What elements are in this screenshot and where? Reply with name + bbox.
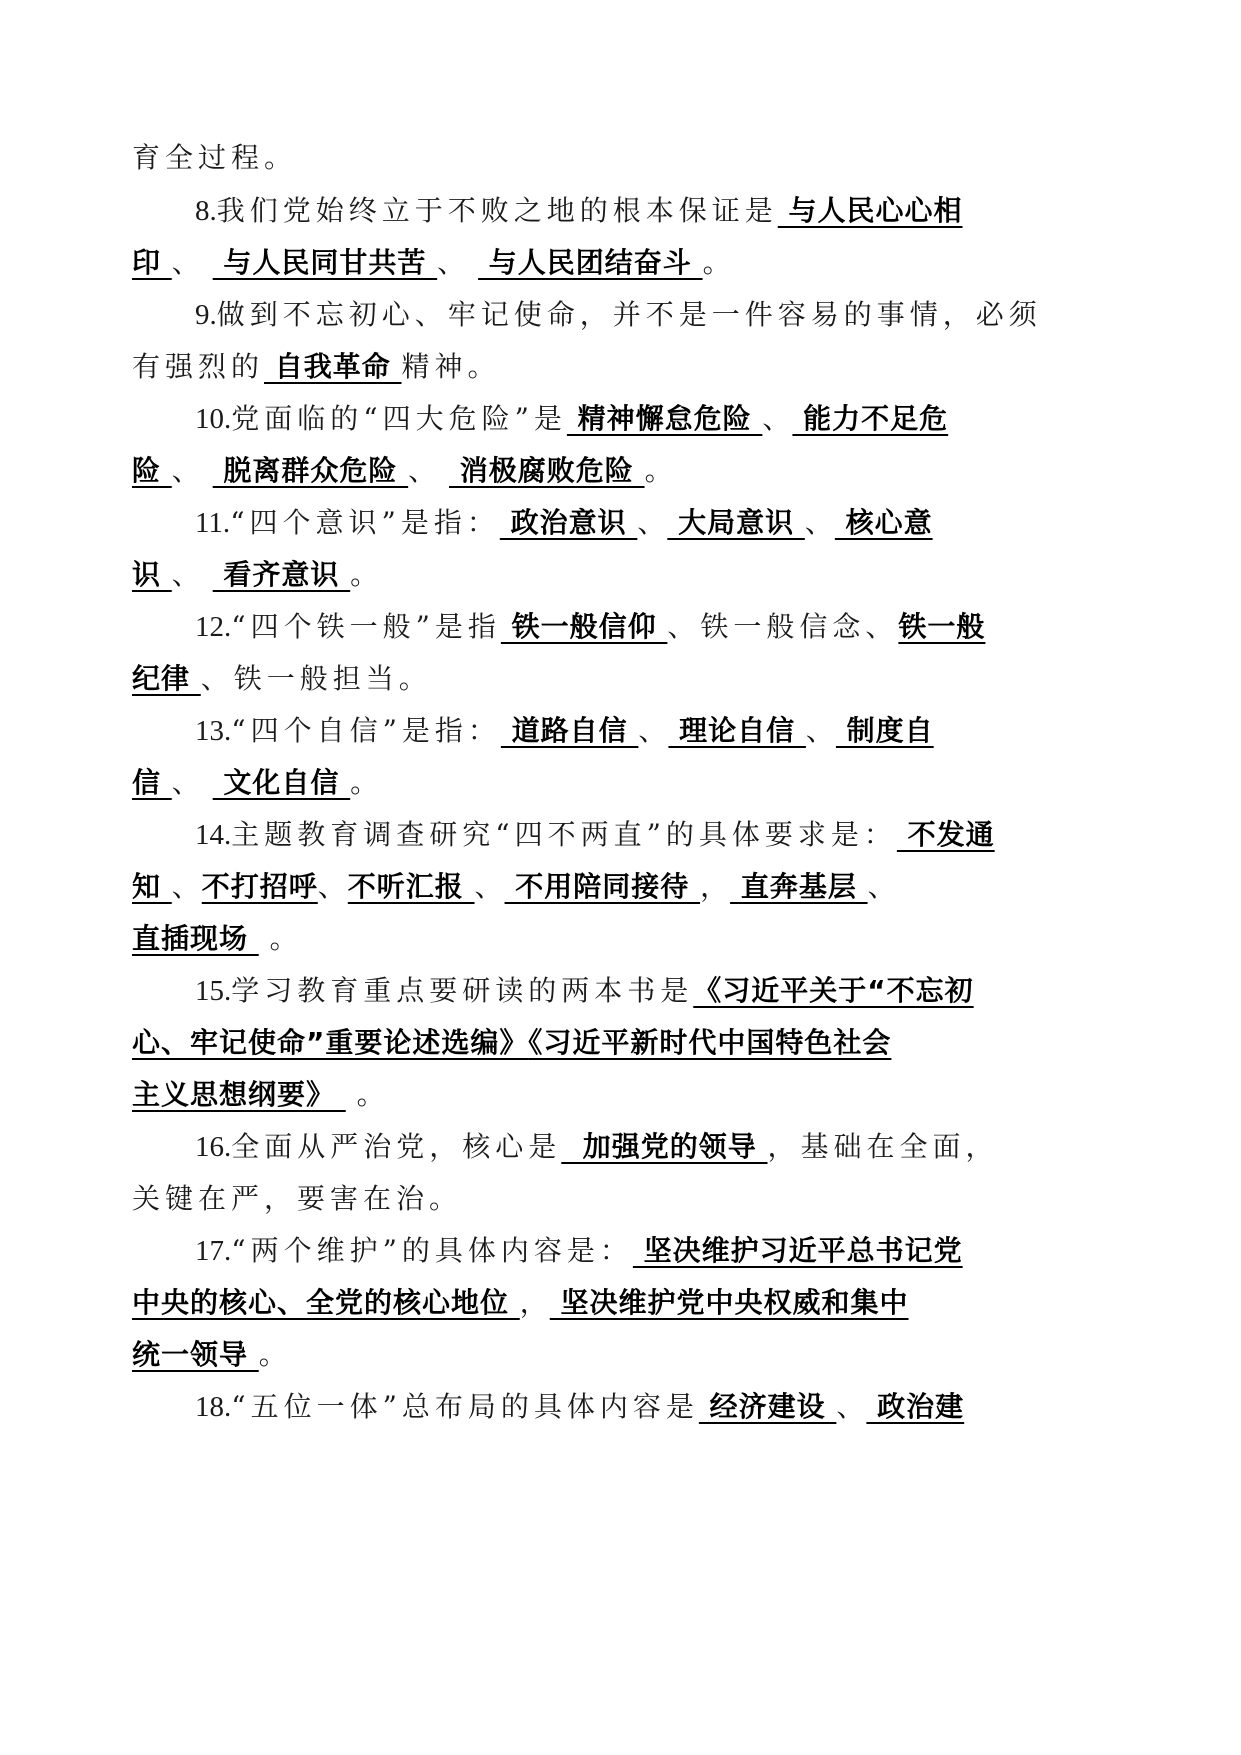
answer-blank: 政治建 (866, 1390, 964, 1423)
question-number: 11. (195, 507, 230, 539)
answer-blank: 核心意 (835, 506, 933, 539)
question-text: 、 (172, 766, 213, 799)
text-line: 关键在严，要害在治。 (132, 1173, 980, 1225)
question-text: “两个维护”的具体内容是： (231, 1234, 633, 1267)
answer-blank: 不打招呼 (202, 870, 318, 903)
answer-blank: 《习近平关于“不忘初 (693, 974, 973, 1007)
text-line: 纪律 、铁一般担当。 (132, 653, 980, 705)
question-text: 、铁一般信念、 (667, 610, 898, 643)
question-text: 学习教育重点要研读的两本书是 (231, 974, 693, 1007)
question-text: 、 (836, 1390, 866, 1423)
answer-blank: 知 (132, 870, 172, 903)
text-line: 知 、不打招呼、不听汇报 、 不用陪同接待 ， 直奔基层 、 (132, 861, 980, 913)
question-text: “四个铁一般”是指 (231, 610, 501, 643)
answer-blank: 政治意识 (500, 506, 638, 539)
question-text: 。 (259, 1338, 289, 1371)
question-number: 14. (195, 819, 231, 851)
text-line: 直插现场 。 (132, 913, 980, 965)
answer-blank: 加强党的领导 (561, 1130, 767, 1163)
question-text: “四个自信”是指： (231, 714, 501, 747)
question-text: 关键在严，要害在治。 (132, 1182, 462, 1215)
answer-blank: 纪律 (132, 662, 201, 695)
question-text: ，基础在全面， (768, 1130, 999, 1163)
question-text: 。 (350, 558, 380, 591)
answer-blank: 信 (132, 766, 172, 799)
question-text: 、 (172, 558, 213, 591)
text-line: 14.主题教育调查研究“四不两直”的具体要求是： 不发通 (195, 809, 980, 861)
answer-blank: 自我革命 (264, 350, 402, 383)
question-text: 、 (172, 246, 213, 279)
text-line: 17.“两个维护”的具体内容是： 坚决维护习近平总书记党 (195, 1225, 980, 1277)
answer-blank: 印 (132, 246, 172, 279)
question-text: 、 (437, 246, 478, 279)
question-text: ， (520, 1286, 550, 1319)
answer-blank: 险 (132, 454, 172, 487)
question-text: 、 (868, 870, 898, 903)
question-text: “五位一体”总布局的具体内容是 (231, 1390, 699, 1423)
question-text: 、 (637, 506, 667, 539)
text-line: 中央的核心、全党的核心地位 ， 坚决维护党中央权威和集中 (132, 1277, 980, 1329)
answer-blank: 直奔基层 (730, 870, 868, 903)
question-number: 13. (195, 715, 231, 747)
question-text: 。 (645, 454, 675, 487)
question-text: 、 (318, 870, 348, 903)
question-text: 精神。 (402, 350, 501, 383)
answer-blank: 能力不足危 (792, 402, 948, 435)
answer-blank: 铁一般信仰 (501, 610, 668, 643)
answer-blank: 铁一般 (898, 610, 985, 643)
answer-blank: 《习近平新时代中国特色社会 (528, 1026, 891, 1059)
text-line: 18.“五位一体”总布局的具体内容是 经济建设 、 政治建 (195, 1381, 980, 1433)
text-line: 主义思想纲要》 。 (132, 1069, 980, 1121)
answer-blank: 理论自信 (668, 714, 806, 747)
question-text: 、 (806, 714, 836, 747)
answer-blank: 文化自信 (213, 766, 351, 799)
answer-blank: 与人民团结奋斗 (478, 246, 703, 279)
question-text: 。 (259, 922, 300, 955)
text-line: 印 、 与人民同甘共苦 、 与人民团结奋斗 。 (132, 237, 980, 289)
text-line: 识 、 看齐意识 。 (132, 549, 980, 601)
question-text: 、 (408, 454, 449, 487)
question-text: 党面临的“四大危险”是 (231, 402, 567, 435)
question-text: 、 (172, 454, 213, 487)
question-text: 。 (350, 766, 380, 799)
text-line: 统一领导 。 (132, 1329, 980, 1381)
question-number: 17. (195, 1235, 231, 1267)
answer-blank: 不用陪同接待 (505, 870, 701, 903)
question-text: 全面从严治党，核心是 (231, 1130, 561, 1163)
document-page: 育全过程。8.我们党始终立于不败之地的根本保证是 与人民心心相印 、 与人民同甘… (0, 0, 1241, 1755)
answer-blank: 识 (132, 558, 172, 591)
answer-blank: 脱离群众危险 (213, 454, 409, 487)
text-line: 信 、 文化自信 。 (132, 757, 980, 809)
answer-blank: 心、牢记使命”重要论述选编》 (132, 1026, 528, 1059)
question-text: 、 (762, 402, 792, 435)
question-text: 。 (346, 1078, 387, 1111)
question-text: ， (700, 870, 730, 903)
answer-blank: 精神懈怠危险 (567, 402, 763, 435)
text-line: 15.学习教育重点要研读的两本书是《习近平关于“不忘初 (195, 965, 980, 1017)
question-number: 8. (195, 195, 217, 227)
answer-blank: 坚决维护习近平总书记党 (633, 1234, 963, 1267)
answer-blank: 消极腐败危险 (449, 454, 645, 487)
question-number: 12. (195, 611, 231, 643)
text-line: 16.全面从严治党，核心是 加强党的领导 ，基础在全面， (195, 1121, 980, 1173)
answer-blank: 主义思想纲要》 (132, 1078, 346, 1111)
answer-blank: 与人民同甘共苦 (213, 246, 438, 279)
text-line: 险 、 脱离群众危险 、 消极腐败危险 。 (132, 445, 980, 497)
text-line: 9.做到不忘初心、牢记使命，并不是一件容易的事情，必须 (195, 289, 980, 341)
question-text: 。 (703, 246, 733, 279)
answer-blank: 中央的核心、全党的核心地位 (132, 1286, 520, 1319)
question-text: 做到不忘初心、牢记使命，并不是一件容易的事情，必须 (217, 298, 1042, 331)
question-number: 10. (195, 403, 231, 435)
answer-blank: 道路自信 (501, 714, 639, 747)
answer-blank: 看齐意识 (213, 558, 351, 591)
answer-blank: 大局意识 (667, 506, 805, 539)
answer-blank: 与人民心心相 (778, 194, 963, 227)
question-text: 、 (805, 506, 835, 539)
answer-blank: 坚决维护党中央权威和集中 (550, 1286, 909, 1319)
question-number: 15. (195, 975, 231, 1007)
question-number: 16. (195, 1131, 231, 1163)
answer-blank: 制度自 (836, 714, 934, 747)
answer-blank: 不发通 (897, 818, 995, 851)
text-line: 11.“四个意识”是指： 政治意识 、 大局意识 、 核心意 (195, 497, 980, 549)
text-line: 8.我们党始终立于不败之地的根本保证是 与人民心心相 (195, 185, 980, 237)
question-text: 、 (638, 714, 668, 747)
answer-blank: 直插现场 (132, 922, 259, 955)
text-line: 13.“四个自信”是指： 道路自信 、 理论自信 、 制度自 (195, 705, 980, 757)
question-number: 9. (195, 299, 217, 331)
question-number: 18. (195, 1391, 231, 1423)
text-line: 心、牢记使命”重要论述选编》《习近平新时代中国特色社会 (132, 1017, 980, 1069)
question-text: 、铁一般担当。 (201, 662, 432, 695)
text-line: 有强烈的 自我革命 精神。 (132, 341, 980, 393)
question-text: 、 (172, 870, 202, 903)
answer-blank: 统一领导 (132, 1338, 259, 1371)
text-line: 10.党面临的“四大危险”是 精神懈怠危险 、 能力不足危 (195, 393, 980, 445)
question-text: 育全过程。 (132, 141, 297, 174)
question-text: 、 (475, 870, 505, 903)
question-text: 我们党始终立于不败之地的根本保证是 (217, 194, 778, 227)
answer-blank: 经济建设 (699, 1390, 837, 1423)
answer-blank: 不听汇报 (348, 870, 475, 903)
question-text: 有强烈的 (132, 350, 264, 383)
question-text: “四个意识”是指： (230, 506, 500, 539)
text-line: 育全过程。 (132, 132, 980, 184)
text-line: 12.“四个铁一般”是指 铁一般信仰 、铁一般信念、铁一般 (195, 601, 980, 653)
question-text: 主题教育调查研究“四不两直”的具体要求是： (231, 818, 897, 851)
